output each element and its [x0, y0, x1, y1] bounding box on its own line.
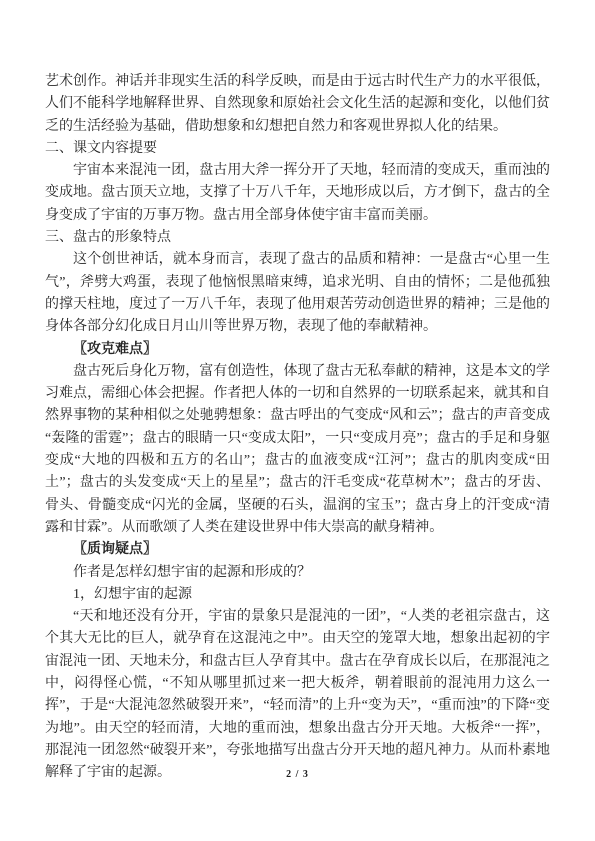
paragraph: 艺术创作。神话并非现实生活的科学反映，而是由于远古时代生产力的水平很低，人们不能… — [45, 71, 550, 138]
section-heading-course-summary: 二、课文内容提要 — [45, 138, 550, 160]
paragraph-question: 作者是怎样幻想宇宙的起源和形成的？ — [45, 562, 550, 584]
paragraph: “天和地还没有分开，宇宙的景象只是混沌的一团”，“人类的老祖宗盘古，这个其大无比… — [45, 606, 550, 784]
label-question-doubt: 〖质询疑点〗 — [45, 539, 550, 561]
paragraph: 这个创世神话，就本身而言，表现了盘古的品质和精神：一是盘古“心里一生气”，斧劈大… — [45, 249, 550, 338]
paragraph: 盘古死后身化万物，富有创造性，体现了盘古无私奉献的精神，这是本文的学习难点，需细… — [45, 361, 550, 539]
list-item-origin: 1，幻想宇宙的起源 — [45, 584, 550, 606]
page-number: 2 / 3 — [0, 769, 595, 780]
document-body: 艺术创作。神话并非现实生活的科学反映，而是由于远古时代生产力的水平很低，人们不能… — [45, 71, 550, 785]
section-heading-pangu-image: 三、盘古的形象特点 — [45, 227, 550, 249]
label-conquer-difficulty: 〖攻克难点〗 — [45, 339, 550, 361]
document-page: 艺术创作。神话并非现实生活的科学反映，而是由于远古时代生产力的水平很低，人们不能… — [0, 0, 595, 841]
paragraph: 宇宙本来混沌一团，盘古用大斧一挥分开了天地，轻而清的变成天，重而浊的变成地。盘古… — [45, 160, 550, 227]
